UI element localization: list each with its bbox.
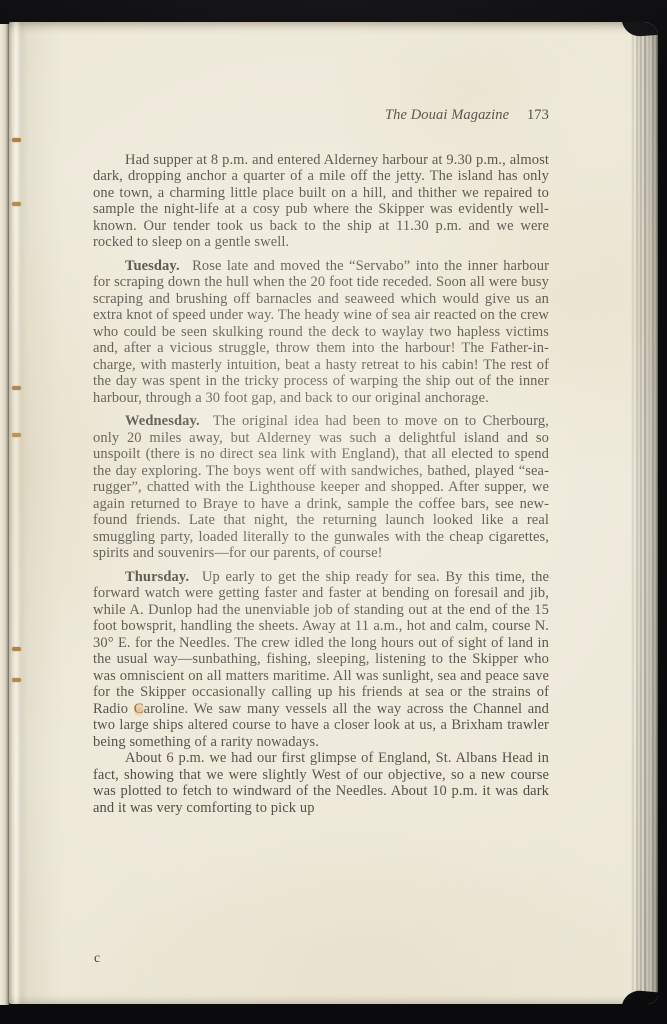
paragraph-text: The original idea had been to move on to…: [93, 413, 549, 561]
binding-stitch-mark: [12, 678, 21, 682]
paragraph-text: About 6 p.m. we had our first glimpse of…: [93, 750, 549, 816]
signature-mark: c: [94, 950, 100, 966]
paragraph-tuesday: Tuesday. Rose late and moved the “Servab…: [93, 258, 549, 407]
book-page: The Douai Magazine 173 Had supper at 8 p…: [9, 22, 658, 1004]
paragraph-wednesday: Wednesday. The original idea had been to…: [93, 413, 549, 562]
page-corner-curl: [621, 989, 658, 1004]
paragraph-thursday: Thursday. Up early to get the ship ready…: [93, 569, 549, 751]
binding-stitch-mark: [12, 386, 21, 390]
journal-title: The Douai Magazine: [385, 107, 509, 123]
paragraph-text: aroline. We saw many vessels all the way…: [93, 701, 549, 750]
fore-edge-page-stack: [631, 22, 658, 1004]
paragraph-monday-continuation: Had supper at 8 p.m. and entered Alderne…: [93, 152, 549, 251]
ink-stain-letter: C: [134, 701, 144, 717]
binding-stitch-mark: [12, 138, 21, 142]
paragraph-text: Up early to get the ship ready for sea. …: [93, 569, 549, 717]
binding-stitch-mark: [12, 647, 21, 651]
paragraph-thursday-continuation: About 6 p.m. we had our first glimpse of…: [93, 750, 549, 816]
page-number: 173: [527, 107, 549, 123]
page-corner-curl: [621, 22, 658, 37]
running-header: The Douai Magazine 173: [93, 107, 549, 124]
opposite-page-edge: [0, 24, 9, 1005]
book-scan: The Douai Magazine 173 Had supper at 8 p…: [0, 0, 667, 1024]
binding-stitch-mark: [12, 433, 21, 437]
page-text-block: The Douai Magazine 173 Had supper at 8 p…: [93, 107, 549, 816]
binding-gutter: [9, 22, 61, 1004]
day-label: Tuesday.: [125, 258, 180, 274]
paragraph-text: Rose late and moved the “Servabo” into t…: [93, 258, 549, 406]
binding-stitch-mark: [12, 202, 21, 206]
day-label: Wednesday.: [125, 413, 200, 429]
day-label: Thursday.: [125, 569, 189, 585]
paragraph-text: Had supper at 8 p.m. and entered Alderne…: [93, 152, 549, 251]
